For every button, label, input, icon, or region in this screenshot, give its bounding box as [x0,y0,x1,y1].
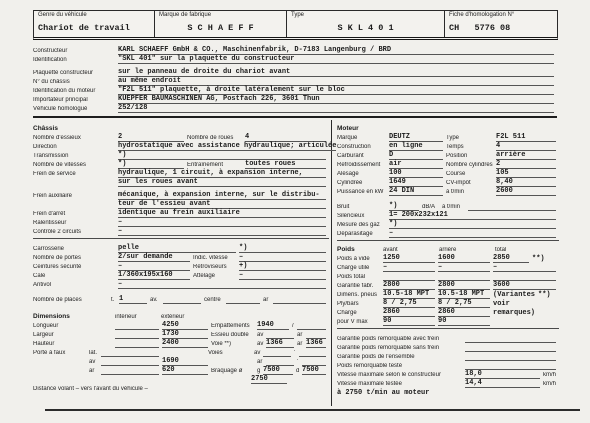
voie-ar-value: 1366 [306,339,326,348]
identification-label: Identification [33,57,118,64]
cylindree-label: Cylindrée [337,180,389,187]
form-row: Cylindrée1649CV-impôt8,40 [337,178,559,187]
places-avant-label: av. [150,297,163,304]
alesage-value: 100 [389,169,443,178]
voie-av-label: av [257,341,266,348]
genre-value: Chariot de travail [38,23,150,33]
form-row: Garantie fabr.280028003600 [337,281,559,290]
direction-value: hydrostatique avec assistance hydrauliqu… [118,142,336,151]
vitesse-max-constructeur-value: 18,0 [465,370,540,379]
ralentisseur-label: Ralentisseur [33,220,118,227]
form-row: Nombre d'essieux2Nombre de roues4 [33,133,329,142]
garantie-fabr-avant: 2800 [383,281,435,290]
carburant-value: D [389,151,443,160]
voies-av-value [263,348,291,357]
deparasitage-value: – [389,229,556,238]
pneus-avant: 10.5-18 MPT [383,290,435,299]
essieu-double-label: Essieu double [211,332,257,339]
frein-service-value-line1: hydraulique, 1 circuit, à expansion inte… [118,169,326,178]
position-value: arrière [496,151,556,160]
empattements-label: Empattements [211,323,257,330]
col-avant-label: avant [383,247,439,254]
charge-avant: 2860 [383,308,435,317]
charge-utile-label: Charge utile [337,265,383,272]
longueur-label: Longueur [33,323,115,330]
cv-impot-value: 8,40 [496,178,556,187]
hauteur-label: Hauteur [33,341,115,348]
col-arriere-label: arrière [439,247,495,254]
porte-a-faux-av-value: 1690 [162,357,208,366]
alesage-label: Alésage [337,171,389,178]
remorquable-teste-label: Poids remorquable testé [337,363,465,370]
nombre-vitesses-label: Nombre de vitesses [33,162,118,169]
porte-a-faux-lat-value [101,348,159,357]
header-type-cell: Type S K L 4 0 1 [286,11,444,37]
form-row: Distance volant – vers l'avant du véhicu… [33,384,329,393]
nombre-portes-label: Nombre de portes [33,255,118,262]
plaquette-label: Plaquette constructeur [33,70,118,77]
deparasitage-label: Déparasitage [337,231,389,238]
form-row: Identification"SKL 401" sur la plaquette… [33,55,557,64]
form-row: Moteur [337,124,559,133]
form-row: pour V max9090 [337,317,559,326]
temps-value: 4 [496,142,556,151]
construction-label: Construction [337,144,389,151]
voie-label: Voie **) [211,341,257,348]
form-row [33,304,329,309]
bruit-value: *) [389,202,419,211]
antivol-label: Antivol [33,282,118,289]
importateur-label: Importateur principal [33,97,118,104]
bruit-label: Bruit [337,204,389,211]
form-row: Nombre de placest.1av.centrear [33,295,329,304]
bruit-regime-label: à t/min [442,204,468,211]
form-row: Ply/bars8 / 2,758 / 2,75voir [337,299,559,308]
places-total-value: 1 [119,295,147,304]
ply-bars-avant: 8 / 2,75 [383,299,435,308]
form-row: Importateur principalKUEPFER BAUMASCHINE… [33,95,557,104]
carrosserie-note: *) [239,244,326,253]
ceintures-label: Ceintures sécurité [33,264,118,271]
porte-a-faux-ar-value: 620 [162,366,208,375]
transmission-value: *) [118,151,326,160]
carburant-label: Carburant [337,153,389,160]
col-exterieur-label: extérieur [161,314,329,321]
form-row: Longueur4250Empattements1940/ [33,321,329,330]
footnote-marker: **) [532,255,545,263]
charge-utile-arriere: – [438,263,490,272]
form-row: Carrosseriepelle*) [33,244,329,253]
essieu-double-av-label: av [257,332,266,339]
voies-ar-label: ar [257,359,266,366]
form-row: Dimensionsintérieurextérieur [33,313,329,321]
header-genre-cell: Genre du véhicule Chariot de travail [34,11,154,37]
vmax-arriere: 90 [438,317,490,326]
nombre-cylindres-label: Nombre cylindres [446,162,496,169]
silencieux-label: Silencieux [337,213,389,220]
form-row: Alésage100Course105 [337,169,559,178]
frein-auxiliaire-value-line2: teur de l'essieu avant [118,200,326,209]
empattements-value: 1940 [257,321,289,330]
longueur-interieur-value [115,321,159,330]
identification-value: "SKL 401" sur la plaquette du constructe… [118,55,554,64]
antivol-value: – [118,280,326,289]
course-value: 105 [496,169,556,178]
nombre-essieux-value: 2 [118,133,184,142]
form-row: Identification du moteur"F2L 511" plaque… [33,86,557,95]
column-divider [331,120,332,406]
refroidissement-value: air [389,160,443,169]
form-row: av1690ar' [33,357,329,366]
voies-ar-value-2 [302,357,326,366]
porte-a-faux-av-line [101,357,159,366]
form-row: Largeur1730Essieu doubleavar [33,330,329,339]
refroidissement-label: Refroidissement [337,162,389,169]
form-row: Nombre de portes2/sur demandeIndic. vite… [33,253,329,262]
form-row: Poids total [337,272,559,281]
header-box: Genre du véhicule Chariot de travail Mar… [33,10,558,40]
nombre-cylindres-value: 2 [496,160,556,169]
dimensions-pneus-label: Dimens. pneus [337,292,383,299]
type-value: S K L 4 0 1 [291,23,440,33]
page-bottom-rule [45,409,580,411]
ply-bars-label: Ply/bars [337,301,383,308]
charge-arriere: 2860 [438,308,490,317]
frein-arret-label: Frein d'arrêt [33,211,118,218]
form-row: Hauteur2400Voie **)av1366ar1366 [33,339,329,348]
places-centre-value [226,295,260,304]
braquage-value-2: 2750 [251,375,287,384]
form-row: Ralentisseur– [33,218,329,227]
vmax-avant: 90 [383,317,435,326]
homologation-document: Genre du véhicule Chariot de travail Mar… [0,0,590,423]
carrosserie-label: Carrosserie [33,246,118,253]
variantes-note: (Variantes [493,291,535,299]
silencieux-value: 1= 200x232x121 [389,211,556,220]
form-row: teur de l'essieu avant [33,200,329,209]
carrosserie-value: pelle [118,244,236,253]
genre-label: Genre du véhicule [38,12,150,19]
porte-a-faux-ar-line [101,366,159,375]
regime-test-note: à 2750 t/min au moteur [337,389,429,397]
longueur-exterieur-value: 4250 [162,321,208,330]
temps-label: Temps [446,144,496,151]
form-row: Charge utile––– [337,263,559,272]
vehicule-homologue-value: 252/128 [118,104,554,113]
form-row: Constructionen ligneTemps4 [337,142,559,151]
regime-value: 2600 [496,187,556,196]
variantes-note-2: voir [493,300,510,308]
fiche-number: 5776 08 [475,23,511,33]
empattements-value-2 [297,321,326,330]
indicateur-vitesse-value: – [239,253,326,262]
puissance-label: Puissance en kW [337,189,389,196]
attelage-label: Attelage [193,273,239,280]
transmission-label: Transmission [33,153,118,160]
moteur-section-title: Moteur [337,125,359,133]
largeur-label: Largeur [33,332,115,339]
form-row: Vitesse maximale testée14,4km/h [337,379,559,388]
ralentisseur-value: – [118,218,326,227]
nombre-vitesses-value: *) [118,160,184,169]
type-label: Type [291,12,440,19]
form-row: sur les roues avant [33,178,329,187]
numero-chassis-label: N° du châssis [33,79,118,86]
regime-label: à t/min [446,189,496,196]
poids-total-label: Poids total [337,274,383,281]
largeur-exterieur-value: 1730 [162,330,208,339]
indicateur-vitesse-label: Indic. vitesse [193,255,239,262]
form-row: Bruit*)dB/Aà t/min [337,202,559,211]
form-row: Mesure des gaz*) [337,220,559,229]
cylindree-value: 1649 [389,178,443,187]
vehicule-homologue-label: Véhicule homologué [33,106,118,113]
form-row: RefroidissementairNombre cylindres2 [337,160,559,169]
retroviseurs-label: Rétroviseurs [193,264,239,271]
form-row: à 2750 t/min au moteur [337,388,559,397]
form-row: Frein de servicehydraulique, 1 circuit, … [33,169,329,178]
form-row: Nombre de vitesses*)Entraînementtoutes r… [33,160,329,169]
voie-av-value: 1366 [266,339,294,348]
section-carrosserie: Carrosseriepelle*)Nombre de portes2/sur … [33,244,329,309]
frein-auxiliaire-value-line1: mécanique, à expansion interne, sur le d… [118,191,326,200]
nombre-roues-label: Nombre de roues [187,135,245,142]
footnote-marker: **) [538,291,551,299]
controle-2-circuits-label: Contrôle 2 circuits [33,229,118,236]
poids-total-total [493,272,556,281]
hauteur-exterieur-value: 2400 [162,339,208,348]
form-row: Porte à fauxlat.Voiesav' [33,348,329,357]
hauteur-interieur-value [115,339,159,348]
remorquable-avec-frein-value [465,334,556,343]
right-column: MoteurMarqueDEUTZTypeF2L 511Construction… [337,124,559,401]
form-row: Poidsavantarrièretotal [337,246,559,254]
places-total-label: t. [111,297,119,304]
nombre-places-label: Nombre de places [33,297,111,304]
marque-moteur-value: DEUTZ [389,133,443,142]
form-row: Contrôle 2 circuits– [33,227,329,236]
construction-value: en ligne [389,142,443,151]
garantie-fabr-label: Garantie fabr. [337,283,383,290]
voies-av-label: av [254,350,263,357]
col-interieur-label: intérieur [115,314,161,321]
frein-service-value-line2: sur les roues avant [118,178,326,187]
type-moteur-value: F2L 511 [496,133,556,142]
fiche-value: CH 5776 08 [449,23,553,33]
form-row: Charge28602860remarques) [337,308,559,317]
places-avant-value [163,295,201,304]
kmh-unit-label: km/h [543,381,559,388]
importateur-value: KUEPFER BAUMASCHINEN AG, Postfach 226, 3… [118,95,554,104]
nombre-essieux-label: Nombre d'essieux [33,135,118,142]
vitesse-max-testee-label: Vitesse maximale testée [337,381,465,388]
distance-volant-label: Distance volant – vers l'avant du véhicu… [33,386,329,393]
form-row: Poids remorquable testé [337,361,559,370]
poids-vide-total: 2850 [493,254,529,263]
numero-chassis-value: au même endroit [118,77,554,86]
fiche-country-prefix: CH [449,23,459,33]
form-row: Ceintures sécurité–Rétroviseurs+) [33,262,329,271]
nombre-roues-value: 4 [245,133,326,142]
voies-label: Voies [208,350,254,357]
header-fiche-cell: Fiche d'homologation N° CH 5776 08 [444,11,557,37]
cale-label: Cale [33,273,118,280]
section-chassis: ChâssisNombre d'essieux2Nombre de roues4… [33,124,329,239]
form-row: Déparasitage– [337,229,559,238]
identification-block: ConstructeurKARL SCHAEFF GmbH & CO., Mas… [33,46,557,118]
braquage-gauche-value: 7500 [263,366,293,375]
vitesse-max-testee-value: 14,4 [465,379,540,388]
cale-value: 1/360x195x160 [118,271,190,280]
form-row: Garantie poids de l'ensemble [337,352,559,361]
left-column: ChâssisNombre d'essieux2Nombre de roues4… [33,124,329,397]
charge-utile-total: – [493,263,556,272]
form-row: Cale1/360x195x160Attelage– [33,271,329,280]
header-marque-cell: Marque de fabrique S C H A E F F [154,11,286,37]
porte-a-faux-lat-label: lat. [89,350,101,357]
puissance-value: 24 DIN [389,187,443,196]
essieu-double-ar-value [306,330,326,339]
poids-ensemble-value [465,352,556,361]
plaquette-value: sur le panneau de droite du chariot avan… [118,68,554,77]
mesure-gaz-label: Mesure des gaz [337,222,389,229]
garantie-fabr-total: 3600 [493,281,556,290]
porte-a-faux-ar-label: ar [89,368,101,375]
form-row: Plaquette constructeursur le panneau de … [33,68,557,77]
charge-label: Charge [337,310,383,317]
form-row: Transmission*) [33,151,329,160]
essieu-double-av-value [266,330,294,339]
section-poids: PoidsavantarrièretotalPoids à vide125016… [337,246,559,329]
form-row: Directionhydrostatique avec assistance h… [33,142,329,151]
type-moteur-label: Type [446,135,496,142]
col-total-label: total [495,247,559,254]
form-row: CarburantDPositionarrière [337,151,559,160]
pneus-arriere: 10.5-18 MPT [438,290,490,299]
form-row: ConstructeurKARL SCHAEFF GmbH & CO., Mas… [33,46,557,55]
chassis-section-title: Châssis [33,125,58,133]
form-row: Antivol– [33,280,329,289]
places-arriere-value [273,295,326,304]
marque-moteur-label: Marque [337,135,389,142]
retroviseurs-value: +) [239,262,326,271]
voies-av-value-2 [299,348,326,357]
frein-arret-value: identique au frein auxiliaire [118,209,326,218]
poids-total-avant [383,272,435,281]
section-moteur: MoteurMarqueDEUTZTypeF2L 511Construction… [337,124,559,241]
direction-label: Direction [33,144,118,151]
poids-vide-arriere: 1600 [438,254,490,263]
form-row: Garantie poids remorquable avec frein [337,334,559,343]
dba-label: dB/A [422,204,442,211]
form-row: Véhicule homologué252/128 [33,104,557,113]
essieu-double-ar-label: ar [297,332,306,339]
constructeur-label: Constructeur [33,48,118,55]
braquage-droite-value: 7500 [302,366,326,375]
controle-2-circuits-value: – [118,227,326,236]
form-row: Silencieux1= 200x232x121 [337,211,559,220]
places-centre-label: centre [204,297,226,304]
bruit-regime-value [468,202,556,211]
braquage-label: Braquage ø [211,368,257,375]
form-row: MarqueDEUTZTypeF2L 511 [337,133,559,142]
vitesse-max-constructeur-label: Vitesse maximale selon le constructeur [337,372,465,379]
ply-bars-arriere: 8 / 2,75 [438,299,490,308]
marque-value: S C H A E F F [159,23,282,33]
section-dimensions: DimensionsintérieurextérieurLongueur4250… [33,313,329,393]
entrainement-value: toutes roues [245,160,326,169]
poids-total-arriere [438,272,490,281]
garantie-fabr-arriere: 2800 [438,281,490,290]
form-row: Châssis [33,124,329,133]
entrainement-label: Entraînement [187,162,245,169]
form-row: N° du châssisau même endroit [33,77,557,86]
remorquable-avec-frein-label: Garantie poids remorquable avec frein [337,336,465,343]
frein-auxiliaire-label: Frein auxiliaire [33,193,118,200]
section-remorquage: Garantie poids remorquable avec freinGar… [337,334,559,397]
identification-moteur-label: Identification du moteur [33,88,118,95]
remorquable-sans-frein-value [465,343,556,352]
form-row: Poids à vide125016002850**) [337,254,559,263]
poids-vide-label: Poids à vide [337,256,383,263]
ceintures-value: – [118,262,190,271]
variantes-note-3: remarques) [493,309,535,317]
remorquable-teste-value [465,361,556,370]
course-label: Course [446,171,496,178]
voie-ar-label: ar [297,341,306,348]
voies-ar-value [266,357,294,366]
form-row: 2750 [33,375,329,384]
places-arriere-label: ar [263,297,273,304]
attelage-value: – [239,271,326,280]
poids-vide-avant: 1250 [383,254,435,263]
poids-section-title: Poids [337,246,383,254]
identification-moteur-value: "F2L 511" plaquette, à droite latéraleme… [118,86,554,95]
form-row: Vitesse maximale selon le constructeur18… [337,370,559,379]
form-row: Frein auxiliairemécanique, à expansion i… [33,191,329,200]
dimensions-section-title: Dimensions [33,313,115,321]
mesure-gaz-value: *) [389,220,556,229]
charge-utile-avant: – [383,263,435,272]
kmh-unit-label: km/h [543,372,559,379]
pour-vmax-label: pour V max [337,319,383,326]
porte-a-faux-label: Porte à faux [33,350,89,357]
marque-label: Marque de fabrique [159,12,282,19]
fiche-label: Fiche d'homologation N° [449,12,553,19]
frein-service-label: Frein de service [33,171,118,178]
position-label: Position [446,153,496,160]
form-row: Frein d'arrêtidentique au frein auxiliai… [33,209,329,218]
form-row: Garantie poids remorquable sans frein [337,343,559,352]
form-row: Dimens. pneus10.5-18 MPT10.5-18 MPT(Vari… [337,290,559,299]
form-row: Puissance en kW24 DINà t/min2600 [337,187,559,196]
constructeur-value: KARL SCHAEFF GmbH & CO., Maschinenfabrik… [118,46,554,55]
largeur-interieur-value [115,330,159,339]
porte-a-faux-av-label: av [89,359,101,366]
poids-ensemble-label: Garantie poids de l'ensemble [337,354,465,361]
form-row: ar620Braquage øg7500d7500 [33,366,329,375]
nombre-portes-value: 2/sur demande [118,253,190,262]
cv-impot-label: CV-impôt [446,180,496,187]
remorquable-sans-frein-label: Garantie poids remorquable sans frein [337,345,465,352]
